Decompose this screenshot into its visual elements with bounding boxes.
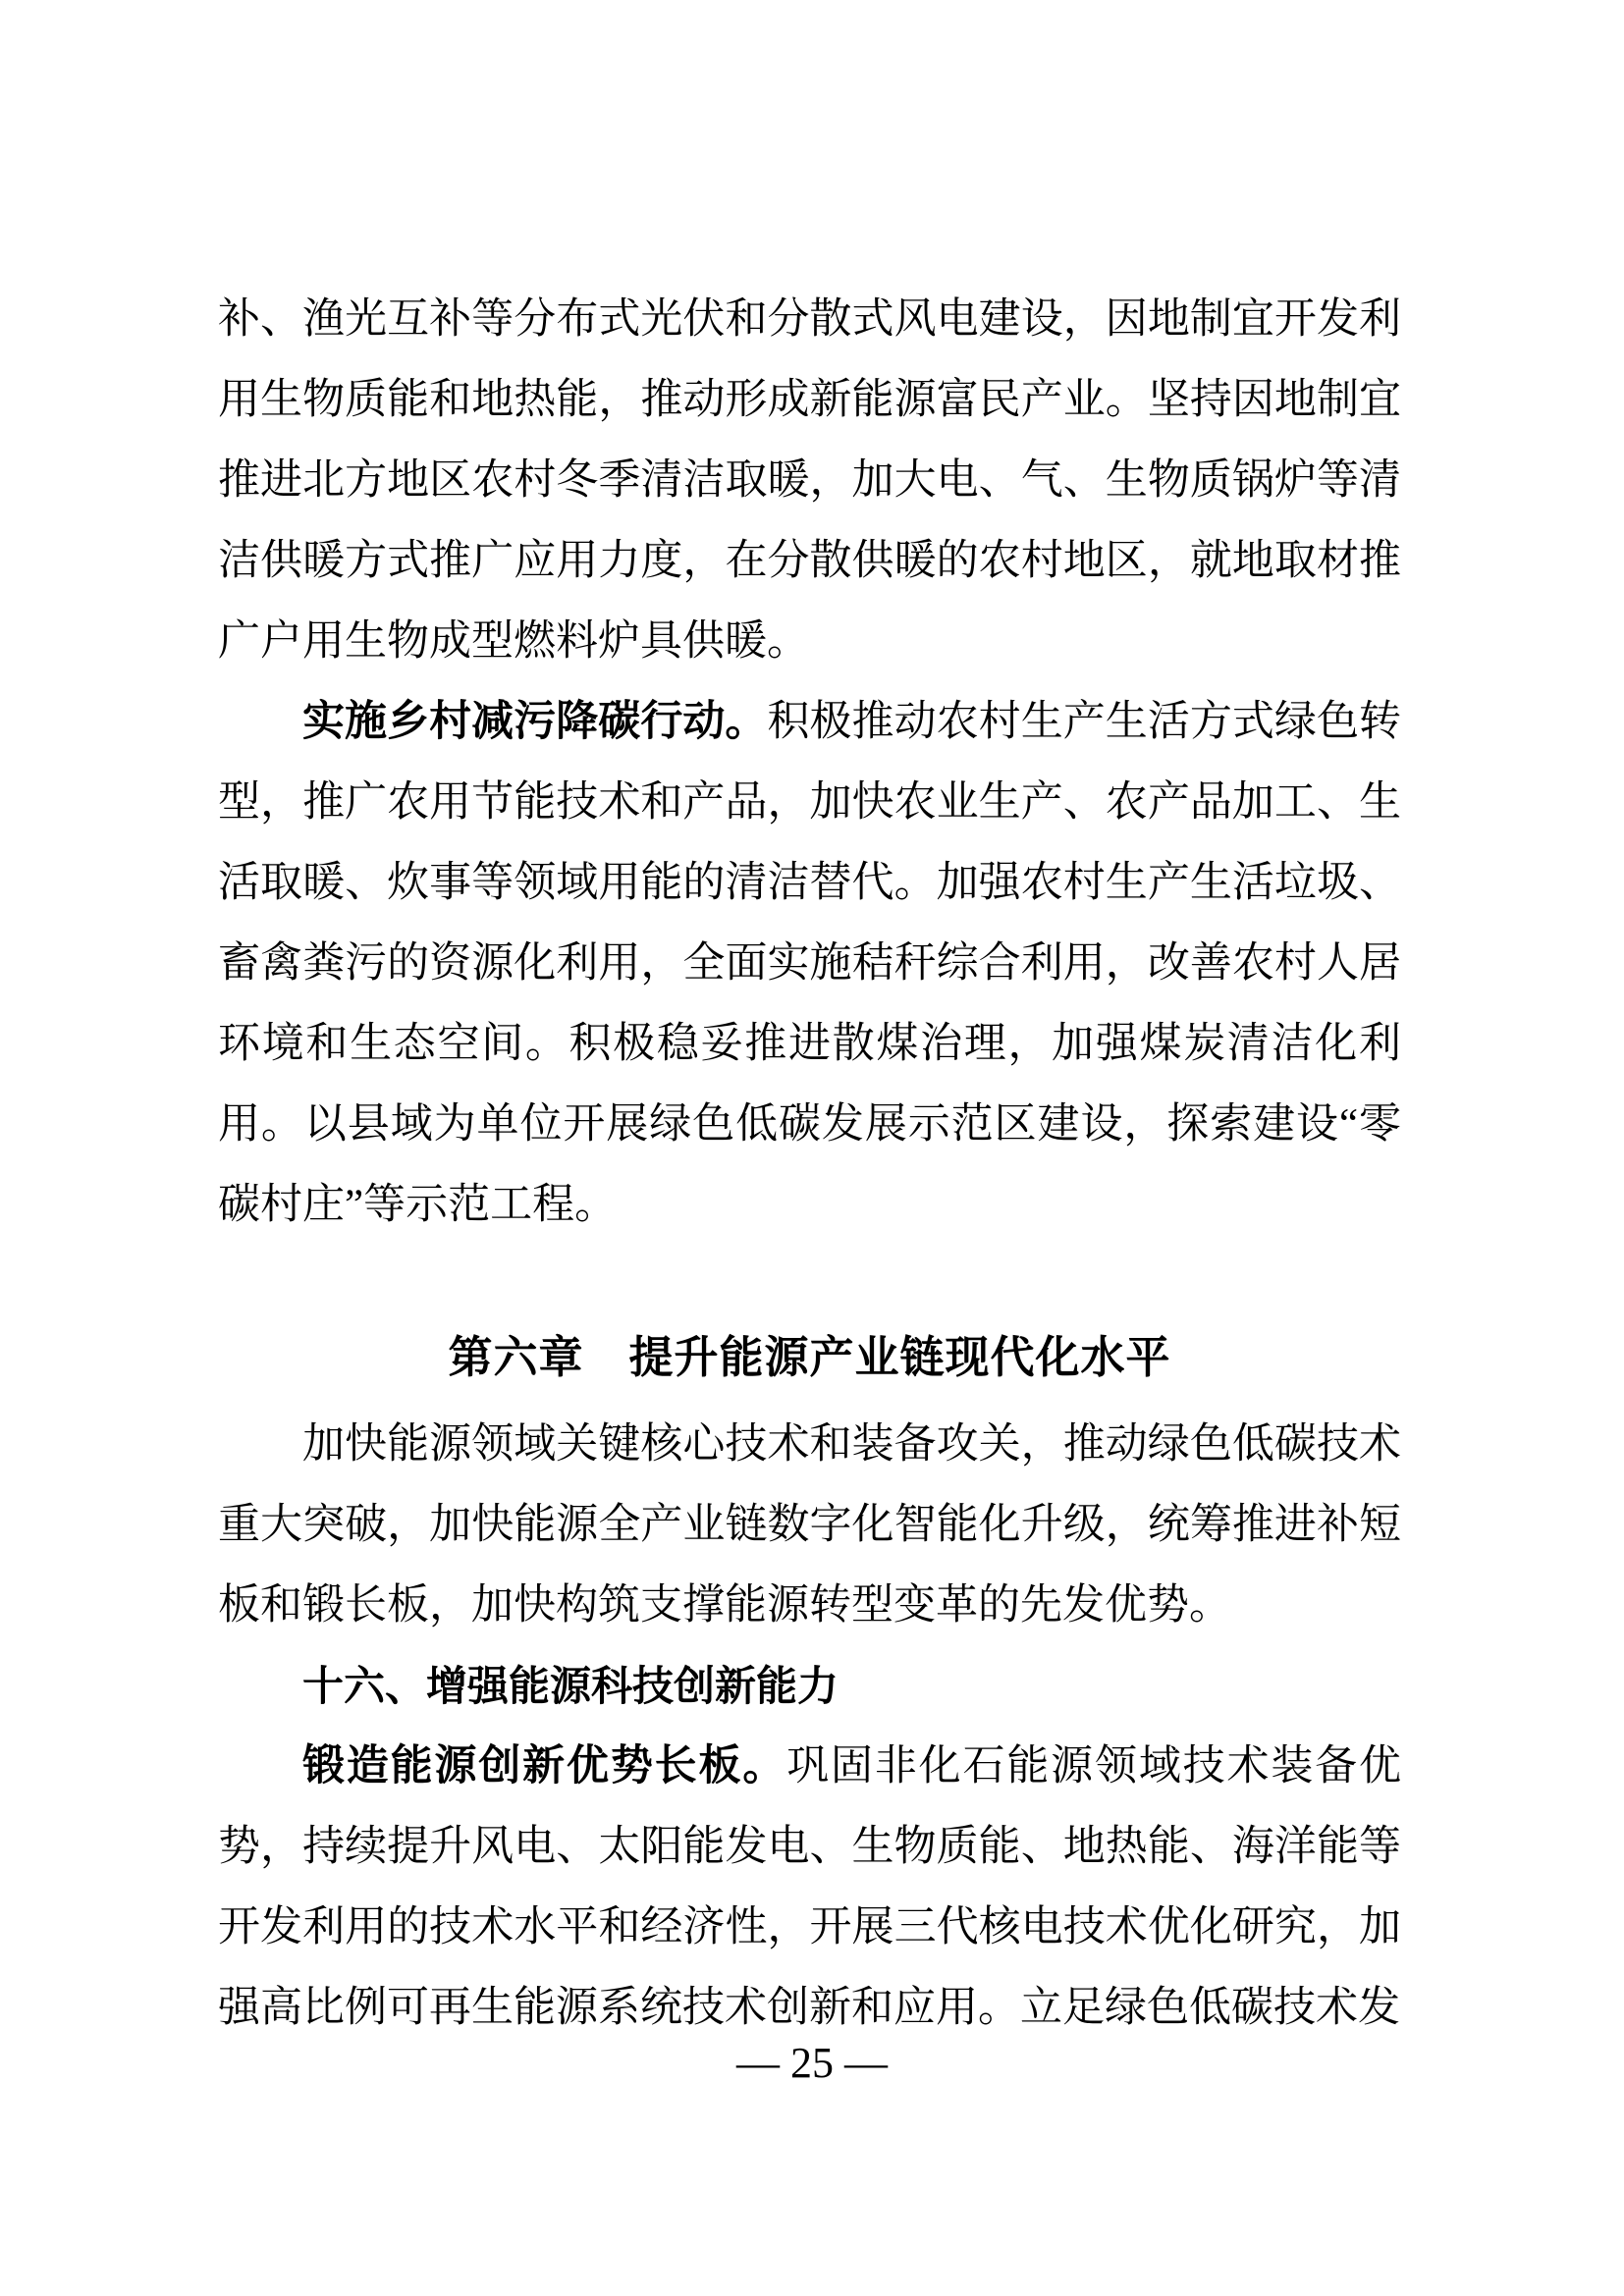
- paragraph-rural-action: 实施乡村减污降碳行动。积极推动农村生产生活方式绿色转型，推广农用节能技术和产品，…: [218, 682, 1401, 1246]
- section-heading: 十六、增强能源科技创新能力: [218, 1646, 1401, 1727]
- document-page: 补、渔光互补等分布式光伏和分散式风电建设，因地制宜开发利用生物质能和地热能，推动…: [0, 0, 1624, 2296]
- paragraph-rural-action-lead: 实施乡村减污降碳行动。: [302, 699, 767, 745]
- page-number: — 25 —: [0, 2034, 1624, 2093]
- paragraph-continuation: 补、渔光互补等分布式光伏和分散式风电建设，因地制宜开发利用生物质能和地热能，推动…: [218, 280, 1401, 682]
- chapter-heading: 第六章 提升能源产业链现代化水平: [218, 1317, 1401, 1398]
- page-body-text: 补、渔光互补等分布式光伏和分散式风电建设，因地制宜开发利用生物质能和地热能，推动…: [218, 280, 1401, 2049]
- paragraph-chapter-intro: 加快能源领域关键核心技术和装备攻关，推动绿色低碳技术重大突破，加快能源全产业链数…: [218, 1405, 1401, 1646]
- paragraph-innovation: 锻造能源创新优势长板。巩固非化石能源领域技术装备优势，持续提升风电、太阳能发电、…: [218, 1727, 1401, 2049]
- paragraph-rural-action-body: 积极推动农村生产生活方式绿色转型，推广农用节能技术和产品，加快农业生产、农产品加…: [218, 699, 1401, 1228]
- paragraph-innovation-lead: 锻造能源创新优势长板。: [302, 1743, 786, 1789]
